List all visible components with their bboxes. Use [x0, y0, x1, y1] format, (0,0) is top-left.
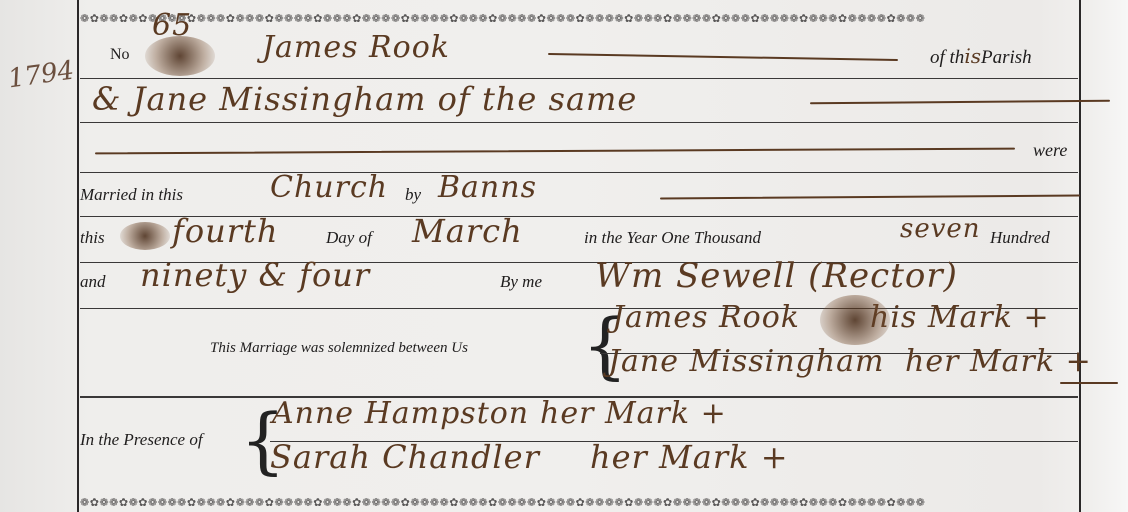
groom-name: James Rook: [262, 30, 450, 65]
officiant-signature: Wm Sewell (Rector): [595, 256, 958, 296]
year-hundreds-value: seven: [900, 214, 981, 244]
hundred-label: Hundred: [990, 228, 1050, 248]
and-label: and: [80, 272, 106, 292]
witness-2-mark: her Mark +: [590, 438, 789, 476]
entry-number-value: 65: [152, 8, 192, 43]
ruled-line: [80, 122, 1078, 123]
method-value: Banns: [438, 170, 537, 205]
frame-right-border: [1079, 0, 1081, 512]
witness-2-signature: Sarah Chandler: [270, 438, 540, 476]
witness-1-mark: her Mark +: [540, 396, 727, 431]
witness-1-signature: Anne Hampston: [272, 396, 529, 431]
by-me-label: By me: [500, 272, 542, 292]
married-label: Married in this: [80, 185, 183, 205]
this-label: this: [80, 228, 105, 248]
bride-line: & Jane Missingham of the same: [92, 80, 637, 118]
were-label: were: [1033, 140, 1067, 161]
entry-number-label: No: [110, 46, 130, 64]
party-1-signature: James Rook: [612, 300, 800, 335]
ruled-line: [80, 172, 1078, 173]
solemnized-label: This Marriage was solemnized between Us: [210, 340, 468, 357]
parish-insert: is: [964, 44, 981, 68]
ink-blot: [820, 295, 890, 345]
parish-prefix: of th: [930, 47, 964, 68]
ruled-line: [80, 78, 1078, 79]
parish-suffix: Parish: [981, 47, 1032, 68]
month-value: March: [412, 212, 523, 250]
day-value: fourth: [172, 212, 278, 250]
ornament-border-top: ❁✿❁❁✿❁✿❁❁❁❁✿❁❁❁✿❁❁❁✿❁❁❁❁✿❁❁❁✿❁❁❁❁✿❁❁❁❁✿❁…: [80, 12, 1080, 26]
frame-left-border: [77, 0, 79, 512]
presence-label: In the Presence of: [80, 430, 203, 450]
parish-label: of thisParish: [930, 44, 1032, 69]
party-1-mark: his Mark +: [870, 300, 1050, 335]
year-rest-value: ninety & four: [140, 256, 370, 294]
place-value: Church: [270, 170, 388, 205]
by-label: by: [405, 185, 421, 205]
page-edge: [1082, 0, 1128, 512]
ink-blot: [120, 222, 170, 250]
day-of-label: Day of: [326, 228, 372, 248]
year-label: in the Year One Thousand: [584, 228, 761, 248]
ink-stroke: [1060, 382, 1118, 384]
party-2-mark: her Mark +: [905, 344, 1092, 379]
ornament-border-bottom: ❁✿❁❁✿❁✿❁❁❁❁✿❁❁❁✿❁❁❁✿❁❁❁❁✿❁❁❁✿❁❁❁❁✿❁❁❁❁✿❁…: [80, 496, 1080, 510]
party-2-signature: Jane Missingham: [608, 344, 884, 379]
